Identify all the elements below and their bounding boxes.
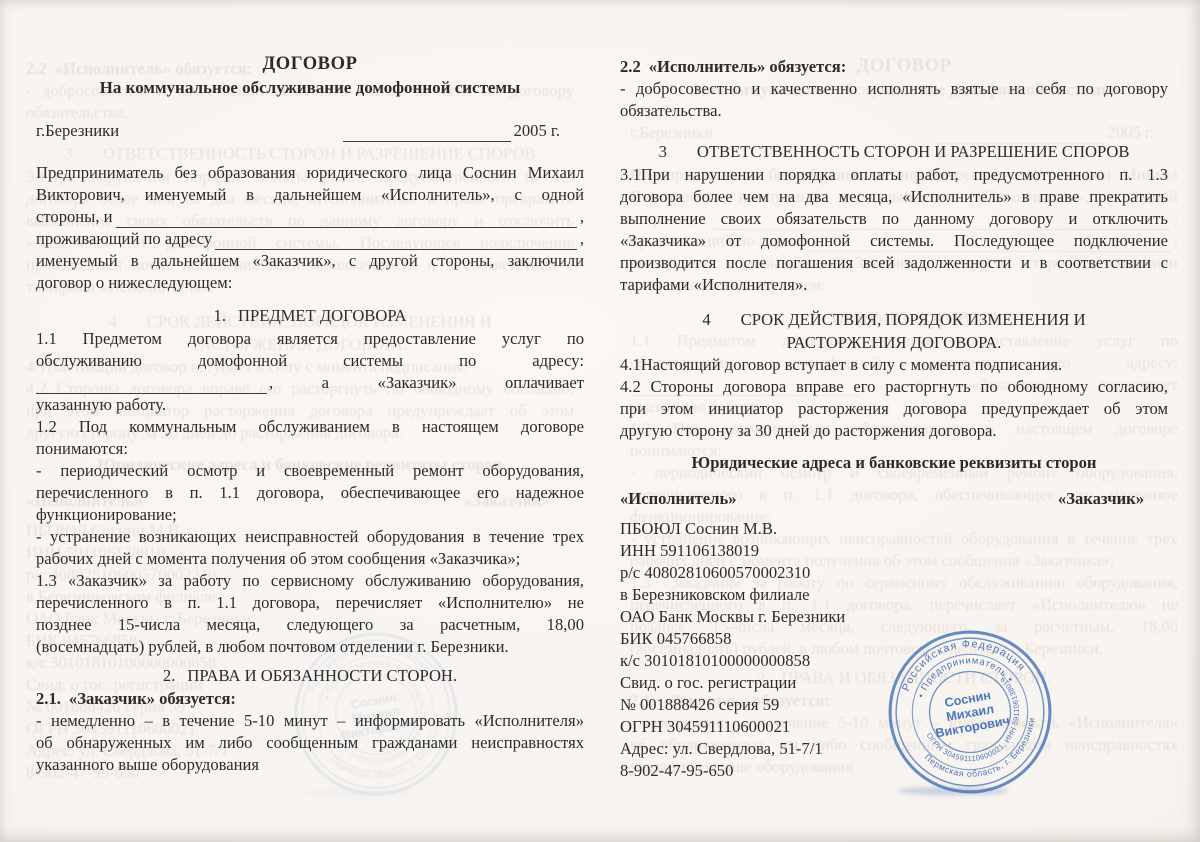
requisites-heading: Юридические адреса и банковские реквизит… [620, 452, 1168, 474]
contract-content: ДОГОВОР На коммунальное обслуживание дом… [0, 0, 1200, 842]
section-3-heading: 3 ОТВЕТСТВЕННОСТЬ СТОРОН И РАЗРЕШЕНИЕ СП… [620, 140, 1168, 164]
requisite-line: ПБОЮЛ Соснин М.В. [620, 518, 1168, 540]
clause-text: , а «Заказчик» оплачивает [269, 372, 584, 394]
address-blank-underline [215, 231, 577, 250]
customer-label: «Заказчик» [1058, 488, 1144, 510]
left-column: ДОГОВОР На коммунальное обслуживание дом… [36, 0, 584, 776]
clause-line: выполнение своих обязательств по данному… [620, 208, 1168, 230]
clause-line: перечисленного в п. 1.1 договора, перечи… [36, 592, 584, 614]
city-label: г.Березники [36, 120, 119, 142]
section-number: 1. [214, 304, 226, 328]
clause-line: обслуживанию домофонной системы по адрес… [36, 350, 584, 372]
section-4-heading: 4 СРОК ДЕЙСТВИЯ, ПОРЯДОК ИЗМЕНЕНИЯ И [620, 308, 1168, 332]
requisite-line: ОАО Банк Москвы г. Березники [620, 606, 1168, 628]
clause-line: тарифами «Исполнителя». [620, 274, 1168, 296]
intro-line: договор о нижеследующем: [36, 272, 584, 294]
clause-line: функционирование; [36, 504, 584, 526]
intro-text: стороны, и [36, 206, 113, 228]
parties-row: «Исполнитель» «Заказчик» [620, 488, 1168, 510]
intro-line-address-blank: проживающий по адресу , [36, 228, 584, 250]
section-number: 3 [659, 140, 667, 164]
ink-smudge [897, 787, 1009, 795]
section-title: ПРЕДМЕТ ДОГОВОРА [238, 304, 406, 328]
year-label: 2005 г. [514, 120, 560, 142]
section-title: ОТВЕТСТВЕННОСТЬ СТОРОН И РАЗРЕШЕНИЕ СПОР… [697, 140, 1130, 164]
subsection-title: «Заказчик» обязуется: [69, 688, 236, 710]
clause-line: понимаются: [36, 438, 584, 460]
date-line: г.Березники 2005 г. [36, 120, 584, 142]
subsection-2-1-label: 2.1. «Заказчик» обязуется: [36, 688, 584, 710]
stamp-name: Соснин Михаил Викторович [929, 686, 1010, 741]
subsection-number: 2.2 [620, 56, 641, 78]
clause-line: 1.1 Предметом договора является предоста… [36, 328, 584, 350]
stamp-graphic: Российская Федерация Пермская область, г… [870, 612, 1069, 811]
clause-line: - добросовестно и качественно исполнять … [620, 78, 1168, 100]
intro-text: , [580, 206, 584, 228]
clause-line: 3.1При нарушении порядка оплаты работ, п… [620, 164, 1168, 186]
requisite-line: р/с 40802810600570002310 [620, 562, 1168, 584]
subsection-2-2-label: 2.2 «Исполнитель» обязуется: [620, 56, 1168, 78]
intro-line: Предприниматель без образования юридичес… [36, 162, 584, 184]
clause-line: 4.2 Стороны договора вправе его расторгн… [620, 376, 1168, 398]
intro-line: именуемый в дальнейшем «Заказчик», с дру… [36, 250, 584, 272]
subsection-title: «Исполнитель» обязуется: [649, 56, 847, 78]
section-2-heading: 2. ПРАВА И ОБЯЗАННОСТИ СТОРОН. [36, 664, 584, 688]
section-number: 4 [702, 308, 710, 332]
clause-line: позднее 15-числа месяца, следующего за р… [36, 614, 584, 636]
customer-name-blank-underline [116, 209, 577, 228]
clause-line: - устранение возникающих неисправностей … [36, 526, 584, 548]
clause-line-address-blank: , а «Заказчик» оплачивает [36, 372, 584, 394]
date-blank-underline [343, 123, 511, 142]
scanned-contract-page: ДОГОВОР На коммунальное обслуживание дом… [0, 0, 1200, 842]
document-subtitle: На коммунальное обслуживание домофонной … [36, 76, 584, 100]
clause-line: при этом инициатор расторжения договора … [620, 398, 1168, 420]
document-title: ДОГОВОР [36, 52, 584, 76]
clause-line: производится после погашения всей задолж… [620, 252, 1168, 274]
clause-line: договора более чем на два месяца, «Испол… [620, 186, 1168, 208]
intro-text: , [580, 228, 584, 250]
section-4-heading-line2: РАСТОРЖЕНИЯ ДОГОВОРА. [620, 332, 1168, 354]
clause-line: указанную работу. [36, 394, 584, 416]
clause-line: (восемнадцать) рублей, в любом почтовом … [36, 636, 584, 658]
requisite-line: ИНН 591106138019 [620, 540, 1168, 562]
intro-line-party-blank: стороны, и , [36, 206, 584, 228]
requisite-line: в Березниковском филиале [620, 584, 1168, 606]
clause-line: об обнаруженных им либо сообщенным гражд… [36, 732, 584, 754]
entrepreneur-round-stamp: Российская Федерация Пермская область, г… [870, 612, 1069, 811]
clause-line: указанного выше оборудования [36, 754, 584, 776]
clause-line: - периодический осмотр и своевременный р… [36, 460, 584, 482]
section-title: ПРАВА И ОБЯЗАННОСТИ СТОРОН. [187, 664, 457, 688]
section-1-heading: 1. ПРЕДМЕТ ДОГОВОРА [36, 304, 584, 328]
subsection-number: 2.1. [36, 688, 61, 710]
clause-line: рабочих дней с момента получения об этом… [36, 548, 584, 570]
intro-line: Викторович, именуемый в дальнейшем «Испо… [36, 184, 584, 206]
clause-line: другую сторону за 30 дней до расторжения… [620, 420, 1168, 442]
clause-line: 1.2 Под коммунальным обслуживанием в нас… [36, 416, 584, 438]
intro-text: проживающий по адресу [36, 228, 212, 250]
clause-line: 1.3 «Заказчик» за работу по сервисному о… [36, 570, 584, 592]
section-title: СРОК ДЕЙСТВИЯ, ПОРЯДОК ИЗМЕНЕНИЯ И [741, 308, 1086, 332]
clause-line: «Заказчика» от домофонной системы. После… [620, 230, 1168, 252]
clause-line: 4.1Настоящий договор вступает в силу с м… [620, 354, 1168, 376]
clause-line: - немедленно – в течение 5-10 минут – ин… [36, 710, 584, 732]
service-address-blank-underline [36, 375, 267, 394]
section-number: 2. [163, 664, 175, 688]
executor-label: «Исполнитель» [620, 488, 737, 510]
clause-line: перечисленного в п. 1.1 договора, обеспе… [36, 482, 584, 504]
clause-line: обязательства. [620, 100, 1168, 122]
